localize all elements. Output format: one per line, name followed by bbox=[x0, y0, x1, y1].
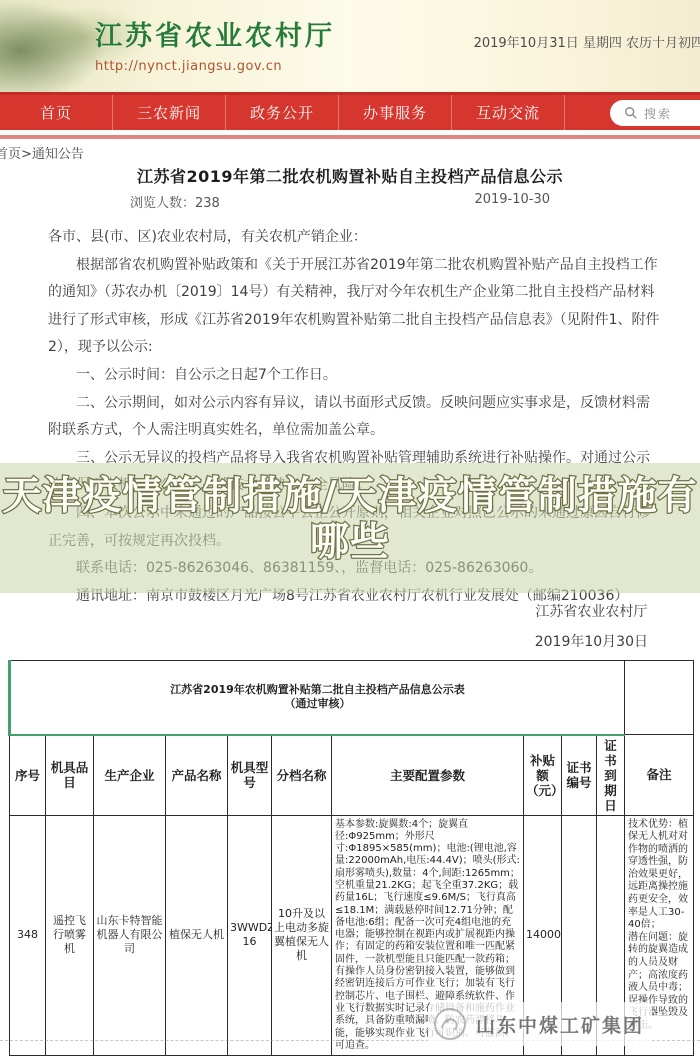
paragraph: 根据部省农机购置补贴政策和《关于开展江苏省2019年第二批农机购置补贴产品自主投… bbox=[48, 252, 662, 362]
signoff-org: 江苏省农业农村厅 bbox=[535, 597, 648, 627]
nav-item-sannong-news[interactable]: 三农新闻 bbox=[113, 95, 226, 130]
cell-product: 植保无人机 bbox=[166, 815, 228, 1056]
nav-search-zone: 搜索 bbox=[565, 95, 700, 130]
cell-seq: 348 bbox=[10, 815, 46, 1056]
signoff-date: 2019年10月30日 bbox=[535, 627, 648, 657]
col-header-subsidy: 补贴额（元） bbox=[524, 735, 562, 816]
paragraph: 二、公示期间，如对公示内容有异议，请以书面形式反馈。反映问题应实事求是，反馈材料… bbox=[48, 390, 662, 445]
col-header-product: 产品名称 bbox=[166, 735, 228, 816]
col-header-remarks: 备注 bbox=[625, 735, 694, 816]
col-header-tier: 分档名称 bbox=[272, 735, 332, 816]
overlay-headline-line2: 哪些 bbox=[0, 520, 700, 566]
search-label: 搜索 bbox=[644, 105, 672, 122]
overlay-headline: 天津疫情管制措施/天津疫情管制措施有 哪些 bbox=[0, 474, 700, 566]
paragraph: 一、公示时间：自公示之日起7个工作日。 bbox=[48, 362, 662, 390]
site-logo-text[interactable]: 江苏省农业农村厅 bbox=[95, 14, 335, 53]
table-header-row: 序号 机具品目 生产企业 产品名称 机具型号 分档名称 主要配置参数 补贴额（元… bbox=[10, 735, 694, 816]
subsidy-product-table: 江苏省2019年农机购置补贴第二批自主投档产品信息公示表 （通过审核） 序号 机… bbox=[8, 660, 694, 1056]
cell-tier: 10升及以上电动多旋翼植保无人机 bbox=[272, 815, 332, 1056]
cell-category: 遥控飞行喷雾机 bbox=[46, 815, 94, 1056]
col-header-main-params: 主要配置参数 bbox=[332, 735, 524, 816]
watermark-text: 山东中煤工矿集团 bbox=[476, 1011, 644, 1038]
header-date: 2019年10月31日 星期四 农历十月初四 bbox=[474, 32, 700, 51]
company-emblem-icon bbox=[432, 1006, 468, 1042]
site-identity[interactable]: 江苏省农业农村厅 http://nynct.jiangsu.gov.cn bbox=[95, 14, 335, 74]
overlay-headline-line1: 天津疫情管制措施/天津疫情管制措施有 bbox=[0, 474, 700, 520]
publish-date: 2019-10-30 bbox=[474, 192, 550, 211]
col-header-cert-expiry: 证书到期日 bbox=[597, 735, 625, 816]
main-nav: 首页 三农新闻 政务公开 办事服务 互动交流 搜索 bbox=[0, 92, 700, 130]
table-title-row: 江苏省2019年农机购置补贴第二批自主投档产品信息公示表 （通过审核） bbox=[10, 661, 694, 735]
nav-item-interaction[interactable]: 互动交流 bbox=[452, 95, 565, 130]
nav-item-services[interactable]: 办事服务 bbox=[339, 95, 452, 130]
nav-bottom-divider bbox=[0, 135, 700, 139]
nav-item-home[interactable]: 首页 bbox=[0, 95, 113, 130]
watermark-logo: 山东中煤工矿集团 bbox=[428, 1002, 652, 1046]
site-header: 江苏省农业农村厅 http://nynct.jiangsu.gov.cn 201… bbox=[0, 0, 700, 92]
site-url[interactable]: http://nynct.jiangsu.gov.cn bbox=[95, 59, 335, 74]
article-title: 江苏省2019年第二批农机购置补贴自主投档产品信息公示 bbox=[0, 164, 700, 187]
col-header-manufacturer: 生产企业 bbox=[94, 735, 166, 816]
page: 江苏省农业农村厅 http://nynct.jiangsu.gov.cn 201… bbox=[0, 0, 700, 1056]
table-title-line2: （通过审核） bbox=[13, 697, 622, 711]
breadcrumb[interactable]: 首页>通知公告 bbox=[0, 143, 84, 162]
table-title-line1: 江苏省2019年农机购置补贴第二批自主投档产品信息公示表 bbox=[13, 683, 622, 697]
search-button[interactable]: 搜索 bbox=[610, 100, 700, 126]
cell-model: 3WWDZ-16 bbox=[228, 815, 272, 1056]
table-title-side-cell bbox=[625, 661, 694, 735]
article-meta: 浏览人数：238 2019-10-30 bbox=[130, 192, 550, 211]
cell-manufacturer: 山东卡特智能机器人有限公司 bbox=[94, 815, 166, 1056]
col-header-category: 机具品目 bbox=[46, 735, 94, 816]
col-header-seq: 序号 bbox=[10, 735, 46, 816]
table-title: 江苏省2019年农机购置补贴第二批自主投档产品信息公示表 （通过审核） bbox=[10, 661, 625, 735]
col-header-cert-no: 证书编号 bbox=[562, 735, 597, 816]
col-header-model: 机具型号 bbox=[228, 735, 272, 816]
signoff: 江苏省农业农村厅 2019年10月30日 bbox=[535, 597, 648, 657]
paragraph: 各市、县(市、区)农业农村局，有关农机产销企业： bbox=[48, 224, 662, 252]
search-icon bbox=[624, 106, 638, 120]
nav-item-gov-affairs[interactable]: 政务公开 bbox=[226, 95, 339, 130]
views-count: 浏览人数：238 bbox=[130, 192, 220, 211]
